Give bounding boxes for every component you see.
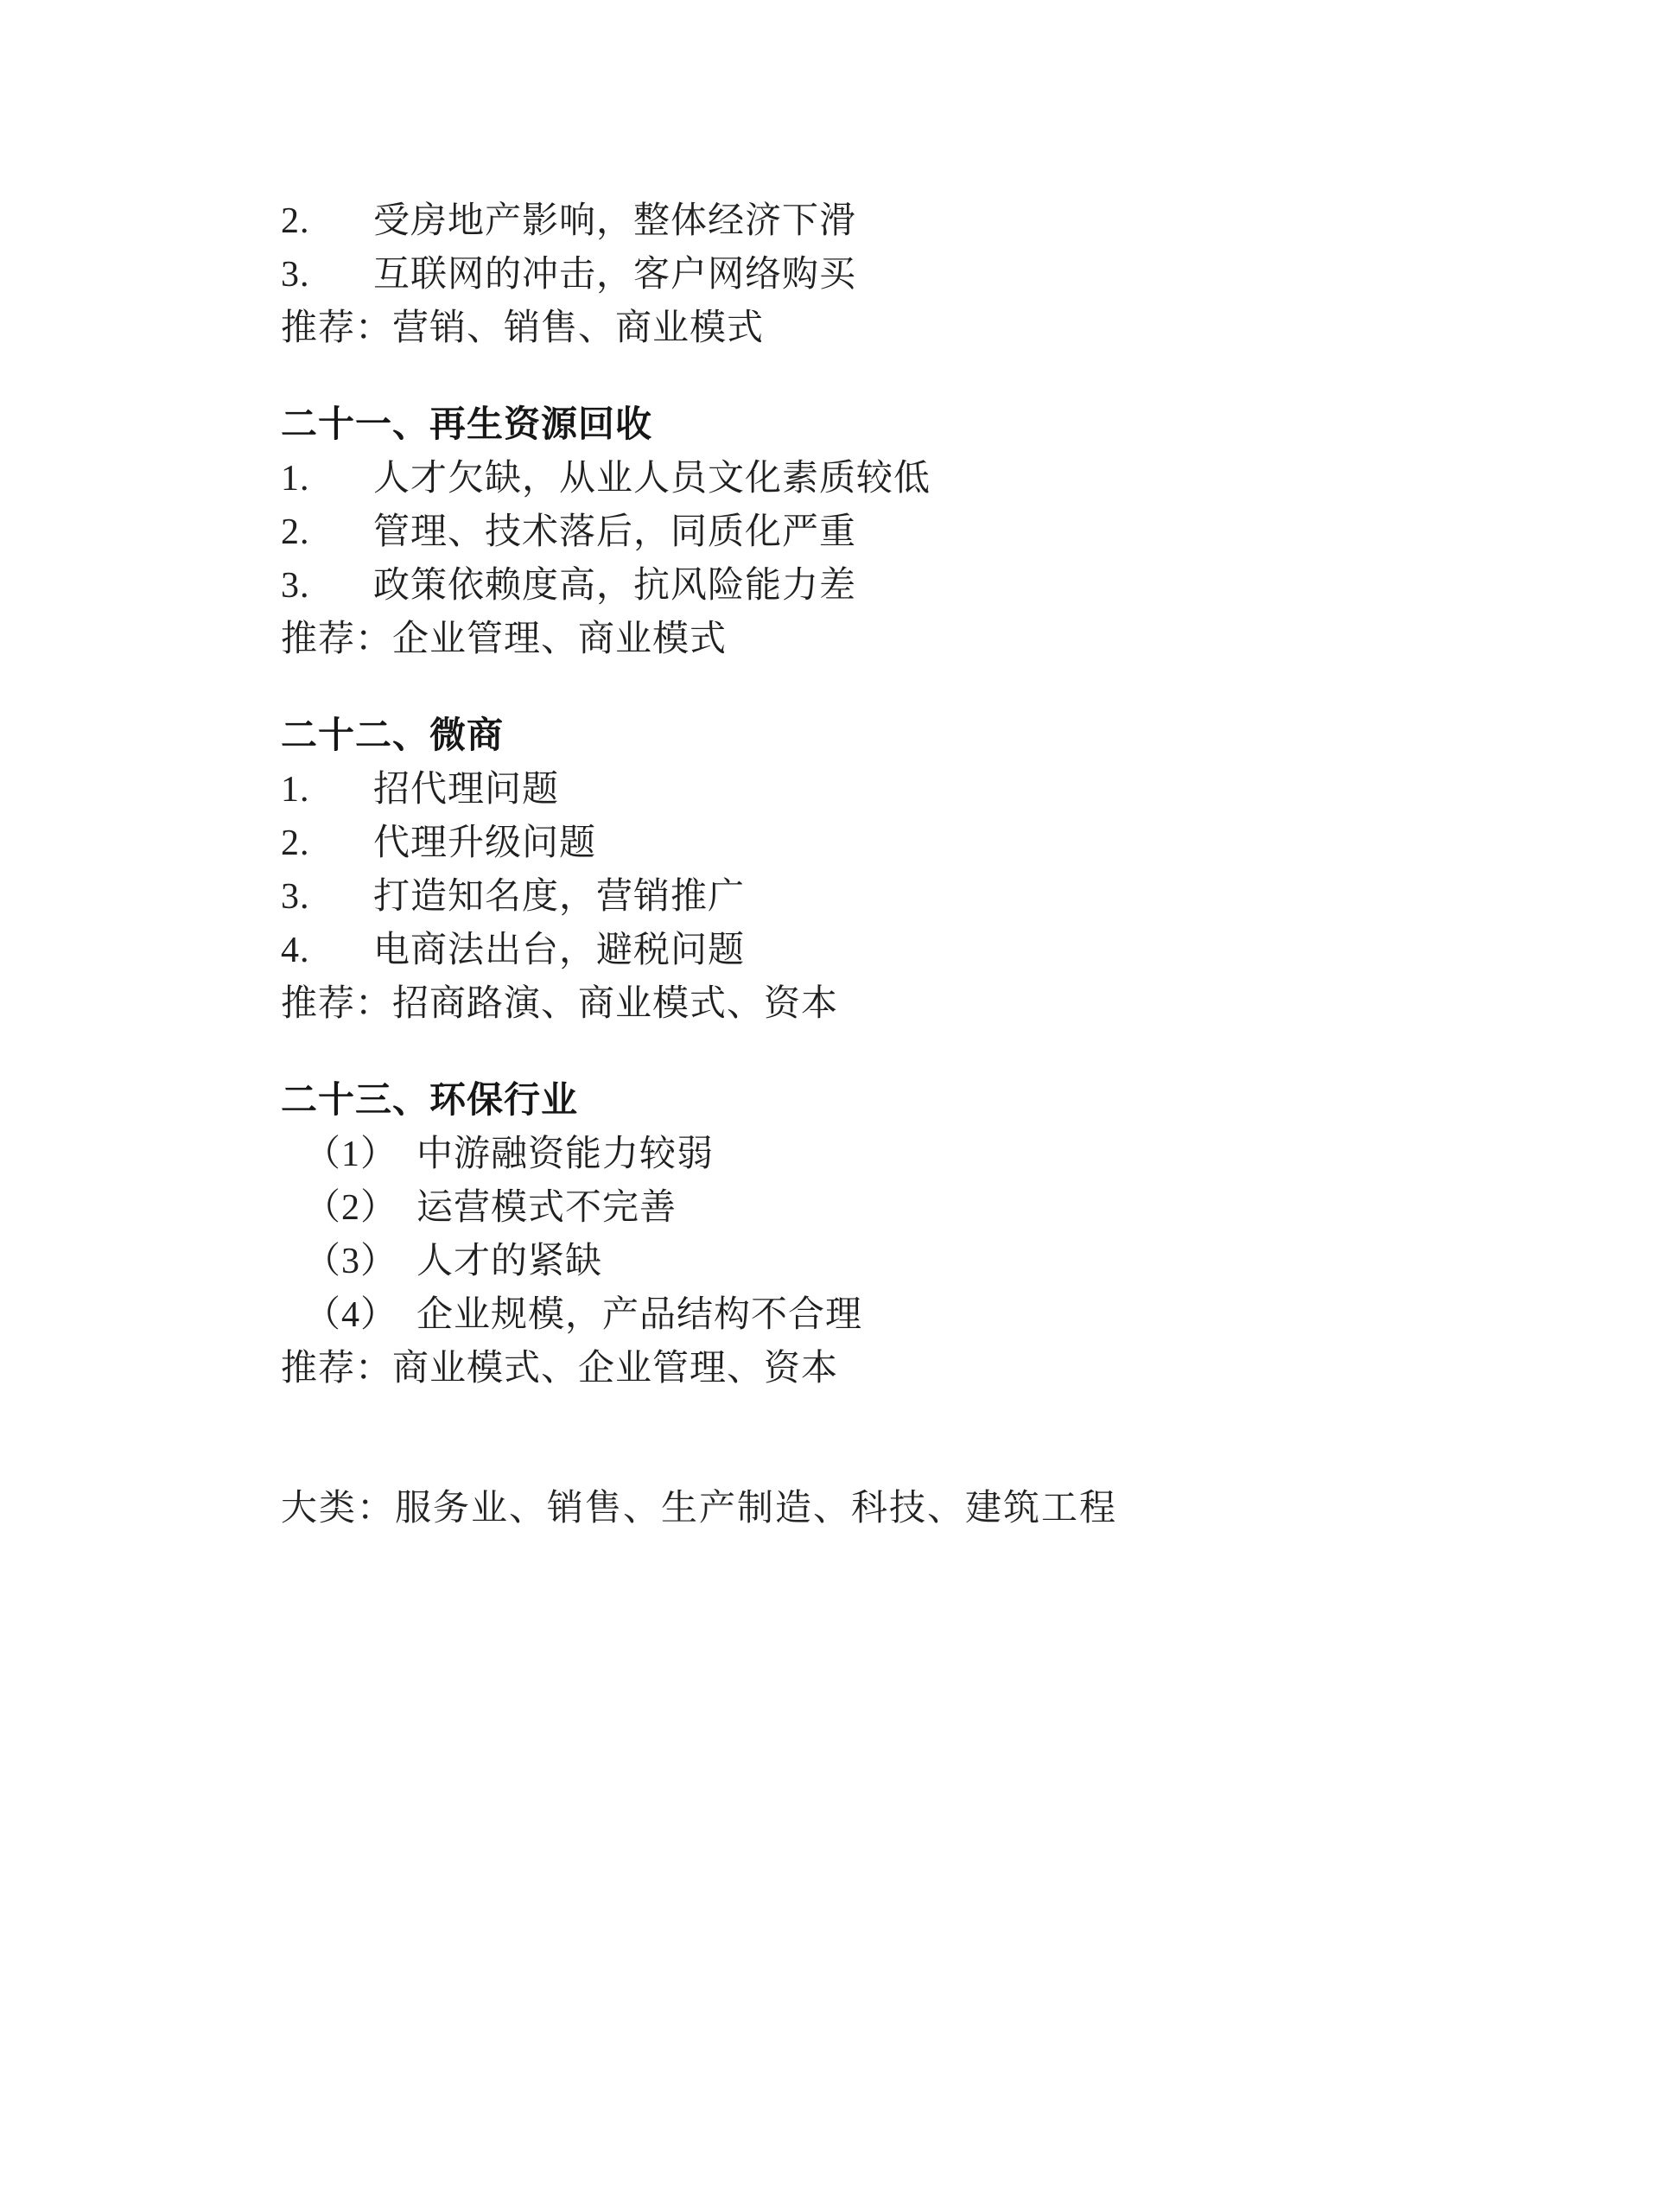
section-22: 二十二、微商 1. 招代理问题 2. 代理升级问题 3. 打造知名度，营销推广 … xyxy=(281,709,1370,1031)
item-marker: 1. xyxy=(281,763,373,817)
list-item: （4） 企业规模，产品结构不合理 xyxy=(281,1288,1370,1342)
item-marker: （2） xyxy=(304,1181,397,1235)
recommendation-line: 推荐：营销、销售、商业模式 xyxy=(281,302,1370,355)
item-marker: 3. xyxy=(281,248,373,302)
section-23: 二十三、环保行业 （1） 中游融资能力较弱 （2） 运营模式不完善 （3） 人才… xyxy=(281,1074,1370,1395)
list-item: 3. 政策依赖度高，抗风险能力差 xyxy=(281,559,1370,613)
item-text: 受房地产影响，整体经济下滑 xyxy=(373,194,856,248)
section-21: 二十一、再生资源回收 1. 人才欠缺，从业人员文化素质较低 2. 管理、技术落后… xyxy=(281,398,1370,666)
item-text: 人才欠缺，从业人员文化素质较低 xyxy=(373,452,931,505)
recommendation-line: 推荐：招商路演、商业模式、资本 xyxy=(281,977,1370,1031)
list-item: （1） 中游融资能力较弱 xyxy=(281,1128,1370,1181)
item-marker: 4. xyxy=(281,924,373,977)
list-item: 1. 人才欠缺，从业人员文化素质较低 xyxy=(281,452,1370,505)
recommendation-line: 推荐：商业模式、企业管理、资本 xyxy=(281,1342,1370,1395)
list-item: 3. 互联网的冲击，客户网络购买 xyxy=(281,248,1370,302)
item-marker: （4） xyxy=(304,1288,397,1342)
list-item: （2） 运营模式不完善 xyxy=(281,1181,1370,1235)
item-text: 互联网的冲击，客户网络购买 xyxy=(373,248,856,302)
item-text: 中游融资能力较弱 xyxy=(416,1128,714,1181)
category-summary-line: 大类：服务业、销售、生产制造、科技、建筑工程 xyxy=(281,1482,1370,1535)
item-text: 打造知名度，营销推广 xyxy=(373,870,745,924)
list-item: 2. 代理升级问题 xyxy=(281,817,1370,870)
item-marker: （3） xyxy=(304,1235,397,1288)
item-marker: 1. xyxy=(281,452,373,505)
item-text: 代理升级问题 xyxy=(373,817,596,870)
section-20-tail: 2. 受房地产影响，整体经济下滑 3. 互联网的冲击，客户网络购买 推荐：营销、… xyxy=(281,194,1370,355)
section-heading: 二十二、微商 xyxy=(281,709,1370,763)
list-item: 2. 受房地产影响，整体经济下滑 xyxy=(281,194,1370,248)
item-marker: 2. xyxy=(281,505,373,559)
item-text: 人才的紧缺 xyxy=(416,1235,602,1288)
item-marker: （1） xyxy=(304,1128,397,1181)
document-page: 2. 受房地产影响，整体经济下滑 3. 互联网的冲击，客户网络购买 推荐：营销、… xyxy=(0,0,1659,2212)
recommendation-line: 推荐：企业管理、商业模式 xyxy=(281,613,1370,666)
section-heading: 二十三、环保行业 xyxy=(281,1074,1370,1128)
list-item: 4. 电商法出台，避税问题 xyxy=(281,924,1370,977)
item-text: 运营模式不完善 xyxy=(416,1181,677,1235)
list-item: 3. 打造知名度，营销推广 xyxy=(281,870,1370,924)
item-text: 企业规模，产品结构不合理 xyxy=(416,1288,862,1342)
item-marker: 2. xyxy=(281,817,373,870)
item-marker: 3. xyxy=(281,559,373,613)
document-text-block: 2. 受房地产影响，整体经济下滑 3. 互联网的冲击，客户网络购买 推荐：营销、… xyxy=(281,194,1370,1535)
item-text: 政策依赖度高，抗风险能力差 xyxy=(373,559,856,613)
item-text: 招代理问题 xyxy=(373,763,559,817)
item-marker: 3. xyxy=(281,870,373,924)
list-item: 2. 管理、技术落后，同质化严重 xyxy=(281,505,1370,559)
section-heading: 二十一、再生资源回收 xyxy=(281,398,1370,452)
item-text: 管理、技术落后，同质化严重 xyxy=(373,505,856,559)
list-item: 1. 招代理问题 xyxy=(281,763,1370,817)
list-item: （3） 人才的紧缺 xyxy=(281,1235,1370,1288)
item-marker: 2. xyxy=(281,194,373,248)
item-text: 电商法出台，避税问题 xyxy=(373,924,745,977)
